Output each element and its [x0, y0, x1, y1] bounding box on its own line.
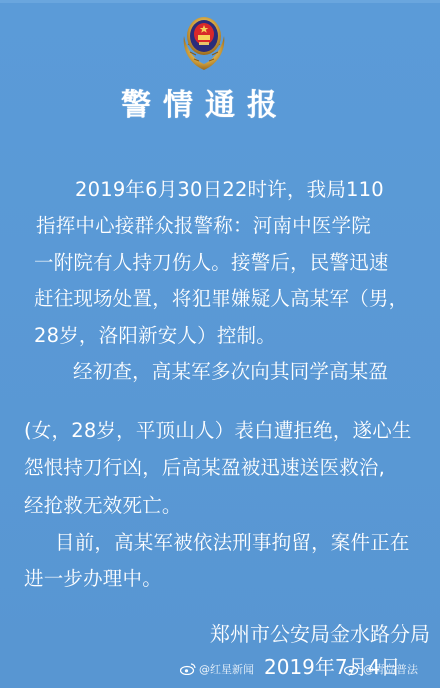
weibo-icon — [180, 663, 196, 675]
police-notice-image: 警情通报 2019年6月30日22时许，我局110 指挥中心接群众报警称：河南中… — [0, 0, 440, 688]
notice-line: 一附院有人持刀伤人。接警后，民警迅速 — [34, 247, 389, 275]
watermark-qingdao: @青岛普法 — [344, 661, 418, 677]
notice-line: 经抢救无效死亡。 — [24, 490, 182, 518]
notice-line: 2019年6月30日22时许，我局110 — [75, 174, 384, 202]
notice-line: 怨恨持刀行凶，后高某盈被迅速送医救治, — [24, 452, 385, 480]
top-border — [0, 0, 440, 3]
police-emblem-icon — [178, 14, 230, 72]
watermark-text: @红星新闻 — [199, 661, 254, 677]
notice-line: 指挥中心接群众报警称：河南中医学院 — [36, 210, 371, 238]
page-title: 警情通报 — [0, 80, 410, 124]
notice-line: (女，28岁，平顶山人）表白遭拒绝，遂心生 — [24, 415, 412, 443]
notice-line: 目前，高某军被依法刑事拘留，案件正在 — [55, 527, 410, 555]
watermark-hongxing: @红星新闻 — [180, 661, 254, 677]
notice-line: 进一步办理中。 — [24, 563, 162, 591]
notice-line: 28岁，洛阳新安人）控制。 — [34, 320, 276, 348]
issuing-organization: 郑州市公安局金水路分局 — [210, 618, 430, 647]
notice-line: 赶往现场处置，将犯罪嫌疑人高某军（男， — [34, 283, 408, 311]
notice-line: 经初查，高某军多次向其同学高某盈 — [73, 356, 388, 384]
weibo-icon — [344, 663, 360, 675]
watermark-text: @青岛普法 — [363, 661, 418, 677]
